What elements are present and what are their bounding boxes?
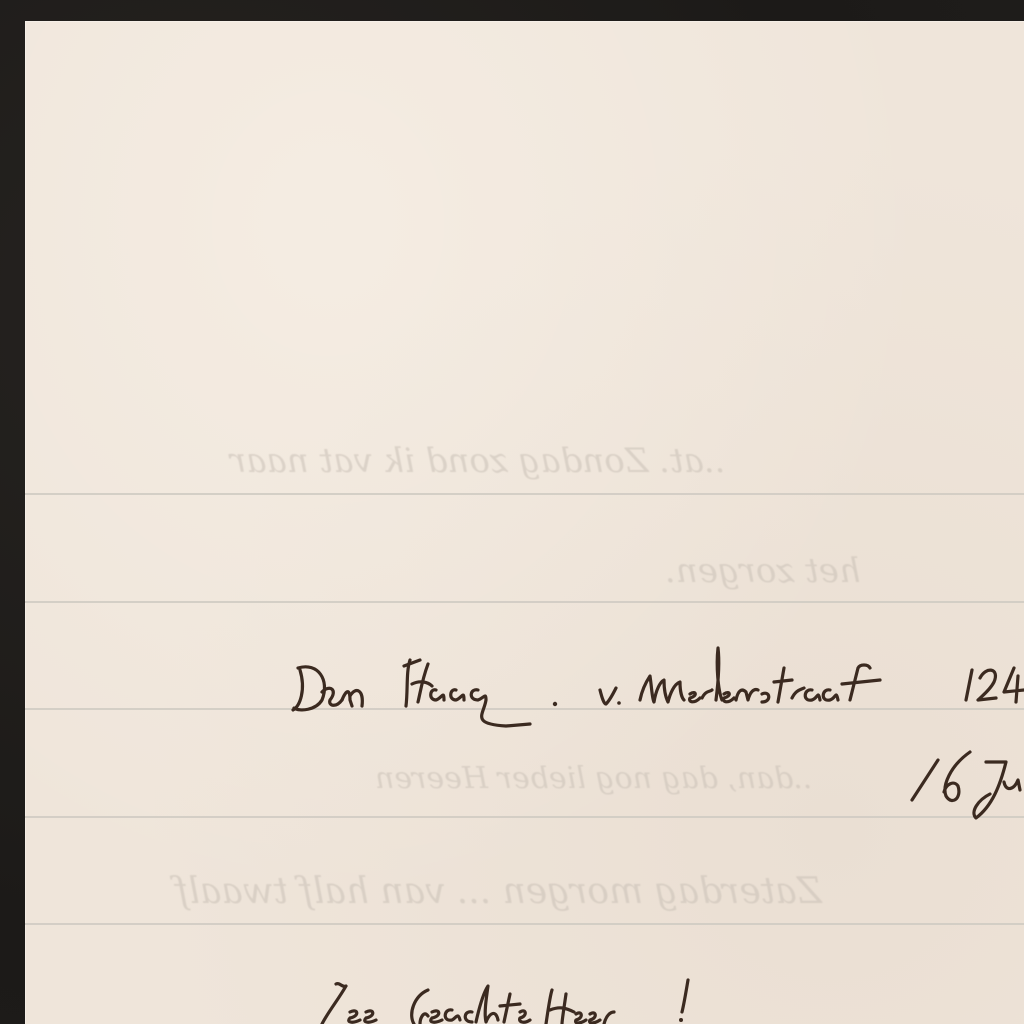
handwritten-word-v xyxy=(600,688,621,705)
handwritten-date xyxy=(912,752,1020,818)
handwritten-word-den xyxy=(293,667,362,710)
handwritten-word-haag xyxy=(404,660,557,726)
handwritten-word-merlenstraat xyxy=(640,648,1024,702)
handwritten-salutation xyxy=(322,980,688,1024)
handwriting-layer xyxy=(0,0,1024,1024)
